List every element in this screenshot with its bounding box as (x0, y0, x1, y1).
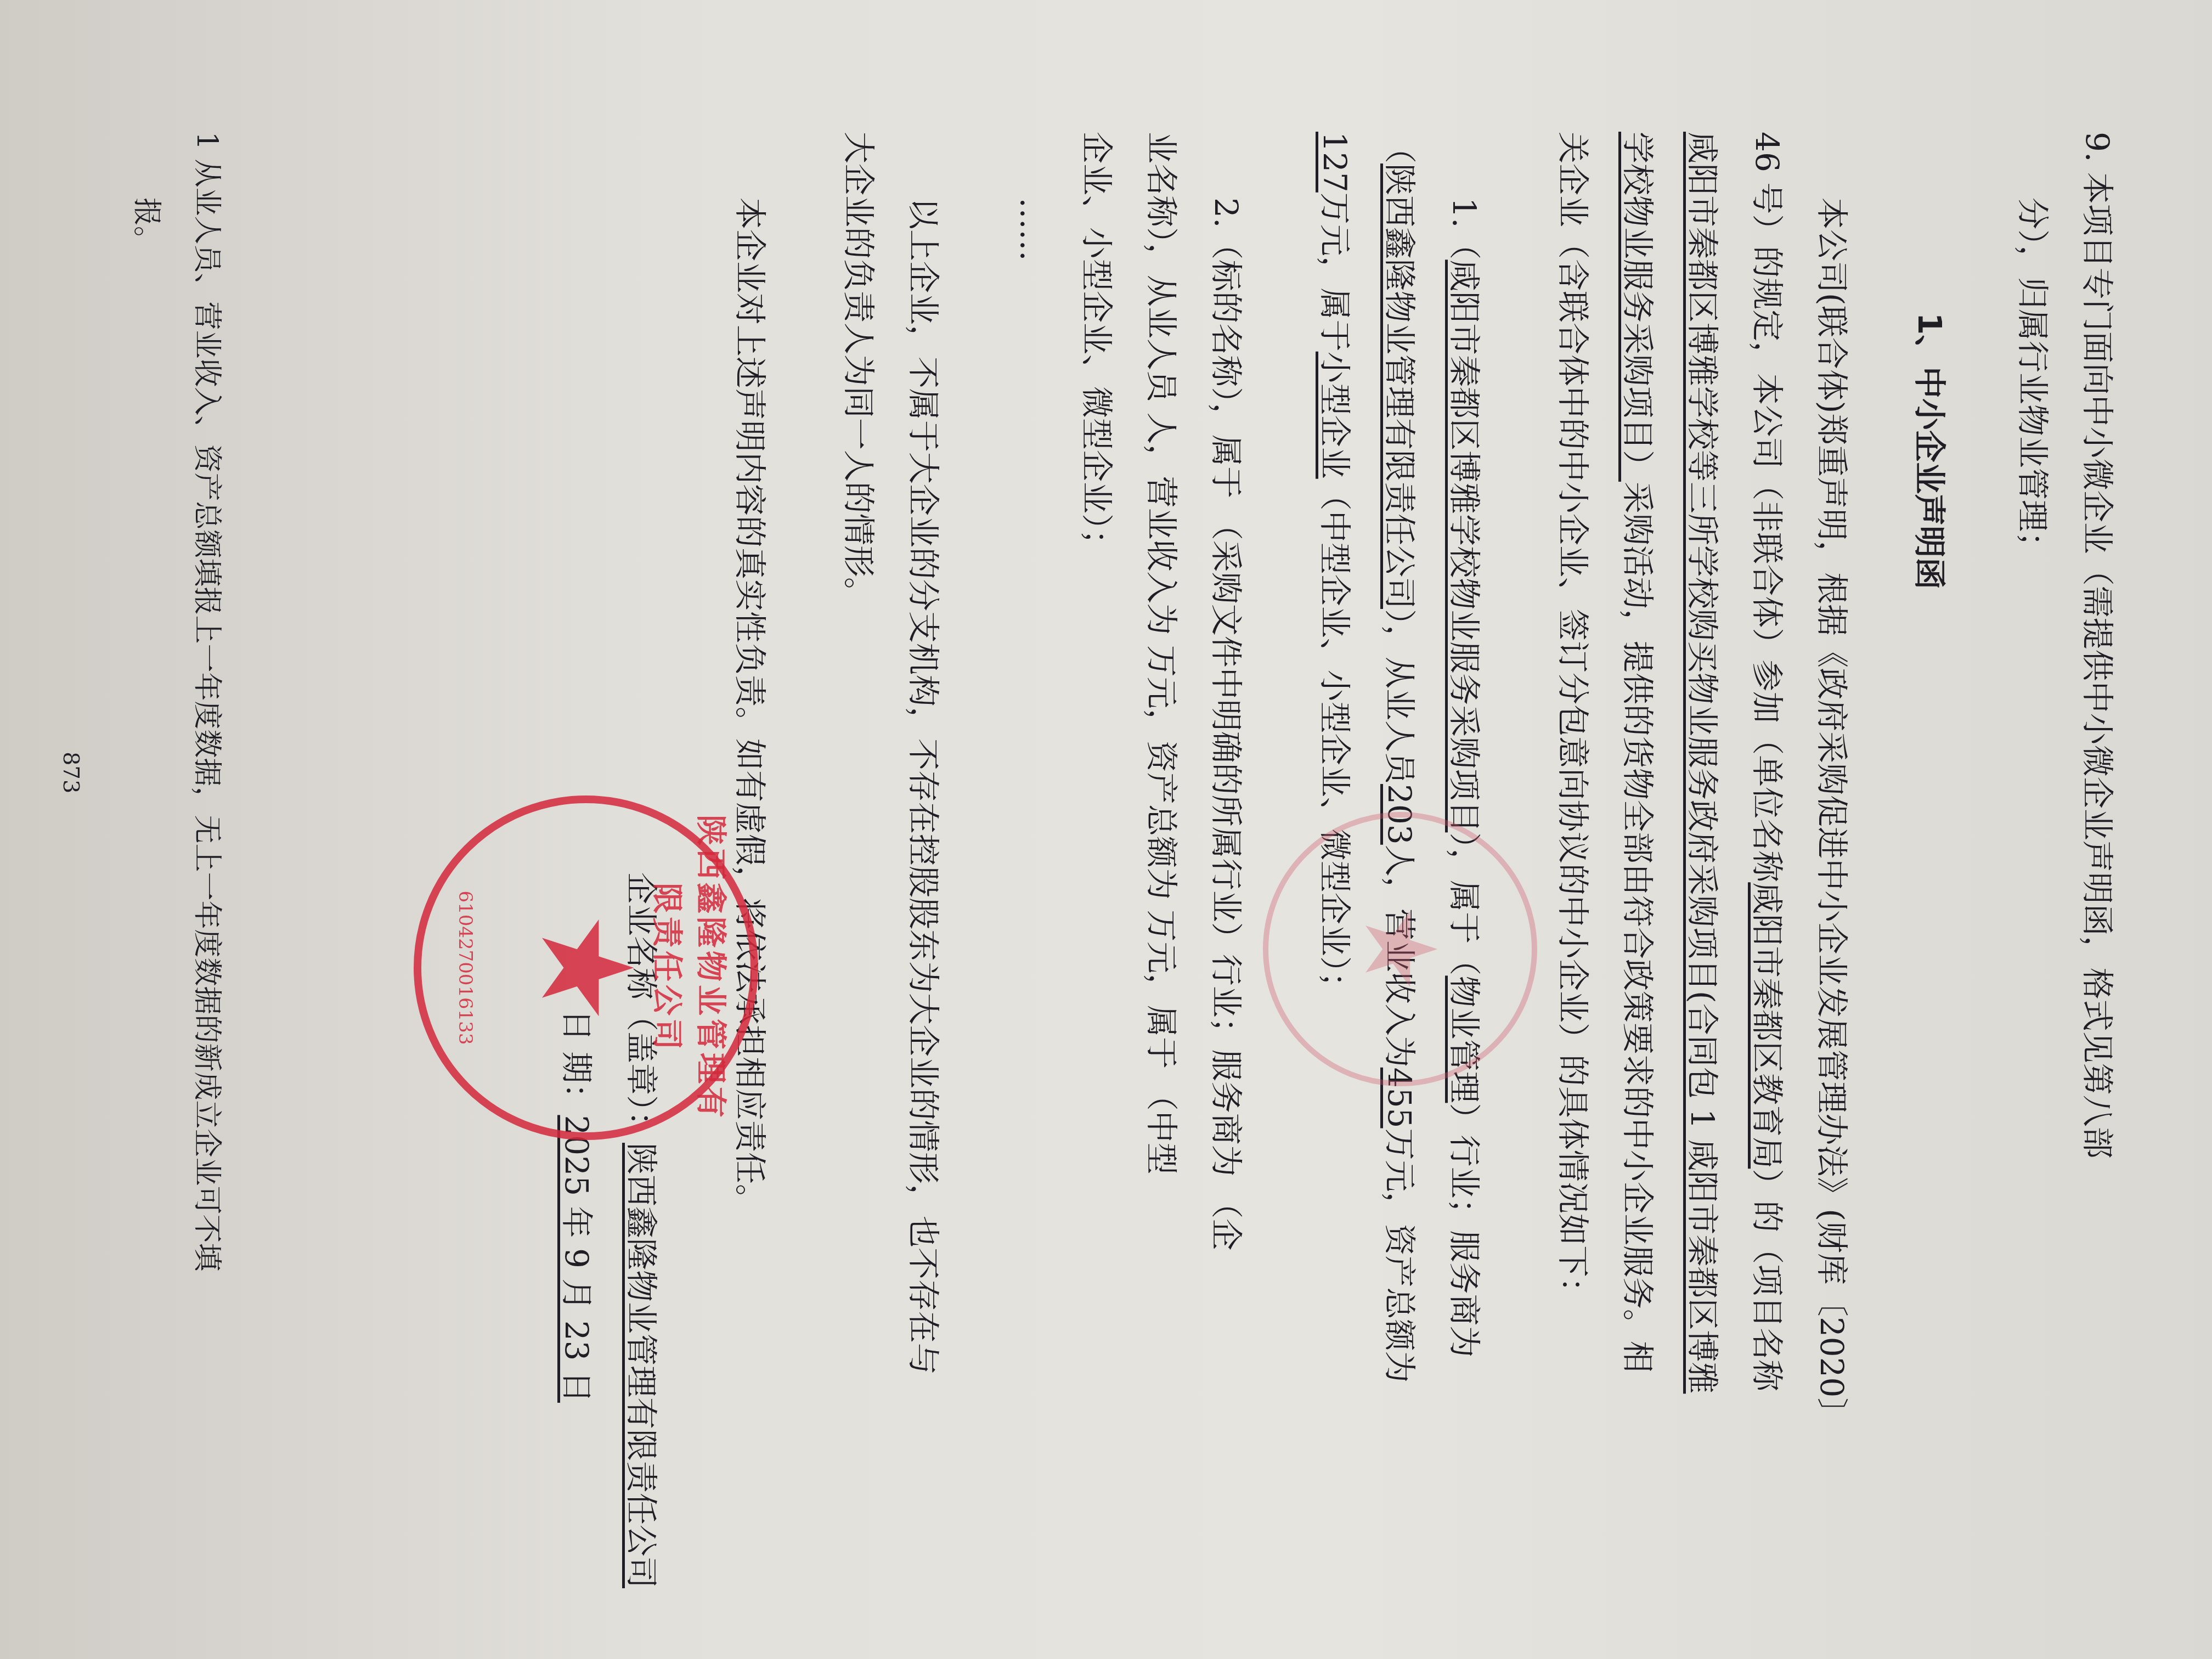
statement-1-line-2: 大企业的负责人为同一人的情形。 (826, 132, 891, 1503)
document-body: 9. 本项目专门面向中小微企业（需提供中小微企业声明函，格式见第八部 分），归属… (544, 132, 2130, 1503)
declaration-line-5: 关企业（含联合体中的中小企业、签订分包意向协议的中小企业）的具体情况如下： (1541, 132, 1605, 1503)
text-span: 万元，属于 (1316, 193, 1353, 352)
declaration-line-2: 46 号）的规定，本公司（非联合体）参加（单位名称咸阳市秦都区教育局）的（项目名… (1735, 132, 1799, 1503)
text-span: ）的（项目名称 (1748, 1169, 1786, 1391)
entry-1-line-3: 127万元，属于小型企业（中型企业、小型企业、微型企业）； (1302, 132, 1367, 1503)
entry-1-assets: 127 (1316, 132, 1353, 193)
document-page: 9. 本项目专门面向中小微企业（需提供中小微企业声明函，格式见第八部 分），归属… (0, 0, 2212, 1659)
section-title: 1、中小企业声明函 (1897, 132, 1962, 1503)
project-name-cont: 学校物业服务采购项目） (1619, 132, 1656, 482)
item-9-line-2: 分），归属行业物业管理； (2000, 132, 2065, 1503)
ellipsis: …… (1000, 132, 1064, 1503)
text-span: 46 号）的规定，本公司（非联合体）参加（单位名称 (1748, 132, 1786, 882)
entry-2-line-2: 业名称），从业人员 人，营业收入为 万元，资产总额为 万元，属于 （中型 (1129, 132, 1194, 1503)
company-label: 企业名称（盖章）： (623, 872, 660, 1143)
text-span: ），从业人员 (1381, 609, 1418, 784)
footnote: 1 从业人员、营业收入、资产总额填报上一年度数据，无上一年度数据的新成立企业可不… (116, 132, 237, 1503)
footnote-line-2: 报。 (116, 132, 177, 1503)
entry-2-line-3: 企业、小型企业、微型企业）； (1064, 132, 1129, 1503)
declaration-line-1: 本公司(联合体)郑重声明，根据《政府采购促进中小企业发展管理办法》(财库〔202… (1799, 132, 1864, 1503)
entry-1-size-class: 小型企业 (1316, 352, 1353, 479)
entry-1-company: 陕西鑫隆物业管理有限责任公司 (1381, 163, 1418, 609)
company-name: 陕西鑫隆物业管理有限责任公司 (623, 1143, 660, 1588)
entry-1-industry: 物业管理 (1446, 975, 1483, 1103)
page-number: 873 (58, 752, 83, 793)
entry-1-subject: 咸阳市秦都区博雅学校物业服务采购项目 (1446, 259, 1483, 832)
date-label: 日 期： (558, 1009, 595, 1115)
entry-1-revenue: 455 (1381, 1068, 1418, 1128)
text-span: 采购活动，提供的货物全部由符合政策要求的中小企业服务。相 (1619, 482, 1656, 1373)
item-9-line-1: 9. 本项目专门面向中小微企业（需提供中小微企业声明函，格式见第八部 (2065, 132, 2130, 1503)
text-span: ）行业；服务商为 (1446, 1103, 1483, 1357)
text-span: （ (1381, 132, 1418, 163)
entry-1-employees: 203 (1381, 784, 1418, 845)
purchaser-name: 咸阳市秦都区教育局 (1748, 882, 1786, 1169)
statement-1-line-1: 以上企业，不属于大企业的分支机构，不存在控股股东为大企业的情形，也不存在与 (891, 132, 956, 1503)
statement-2: 本企业对上述声明内容的真实性负责。如有虚假，将依法承担相应责任。 (718, 132, 782, 1503)
declaration-line-4: 学校物业服务采购项目）采购活动，提供的货物全部由符合政策要求的中小企业服务。相 (1605, 132, 1670, 1503)
entry-1-line-2: （陕西鑫隆物业管理有限责任公司），从业人员203人，营业收入为455万元，资产总… (1367, 132, 1432, 1503)
footnote-line-1: 1 从业人员、营业收入、资产总额填报上一年度数据，无上一年度数据的新成立企业可不… (177, 132, 237, 1503)
declaration-line-3: 咸阳市秦都区博雅学校等三所学校购买物业服务政府采购项目(合同包 1 咸阳市秦都区… (1670, 132, 1735, 1503)
signature-date: 日 期：2025 年 9 月 23 日 (544, 132, 609, 1503)
text-span: 人，营业收入为 (1381, 845, 1418, 1068)
text-span: ），属于（ (1446, 832, 1483, 975)
text-span: 1.（ (1446, 198, 1483, 259)
date-value: 2025 年 9 月 23 日 (558, 1115, 595, 1403)
entry-1-line-1: 1.（咸阳市秦都区博雅学校物业服务采购项目），属于（物业管理）行业；服务商为 (1432, 132, 1497, 1503)
text-span: （中型企业、小型企业、微型企业）； (1316, 479, 1353, 1004)
seal-code: 6104270016133 (454, 803, 476, 1132)
signature-company: 企业名称（盖章）：陕西鑫隆物业管理有限责任公司 (609, 132, 674, 1503)
project-name: 咸阳市秦都区博雅学校等三所学校购买物业服务政府采购项目(合同包 1 咸阳市秦都区… (1684, 132, 1721, 1393)
text-span: 万元，资产总额为 (1381, 1128, 1418, 1383)
entry-2-line-1: 2.（标的名称），属于 （采购文件中明确的所属行业）行业；服务商为 （企 (1194, 132, 1259, 1503)
